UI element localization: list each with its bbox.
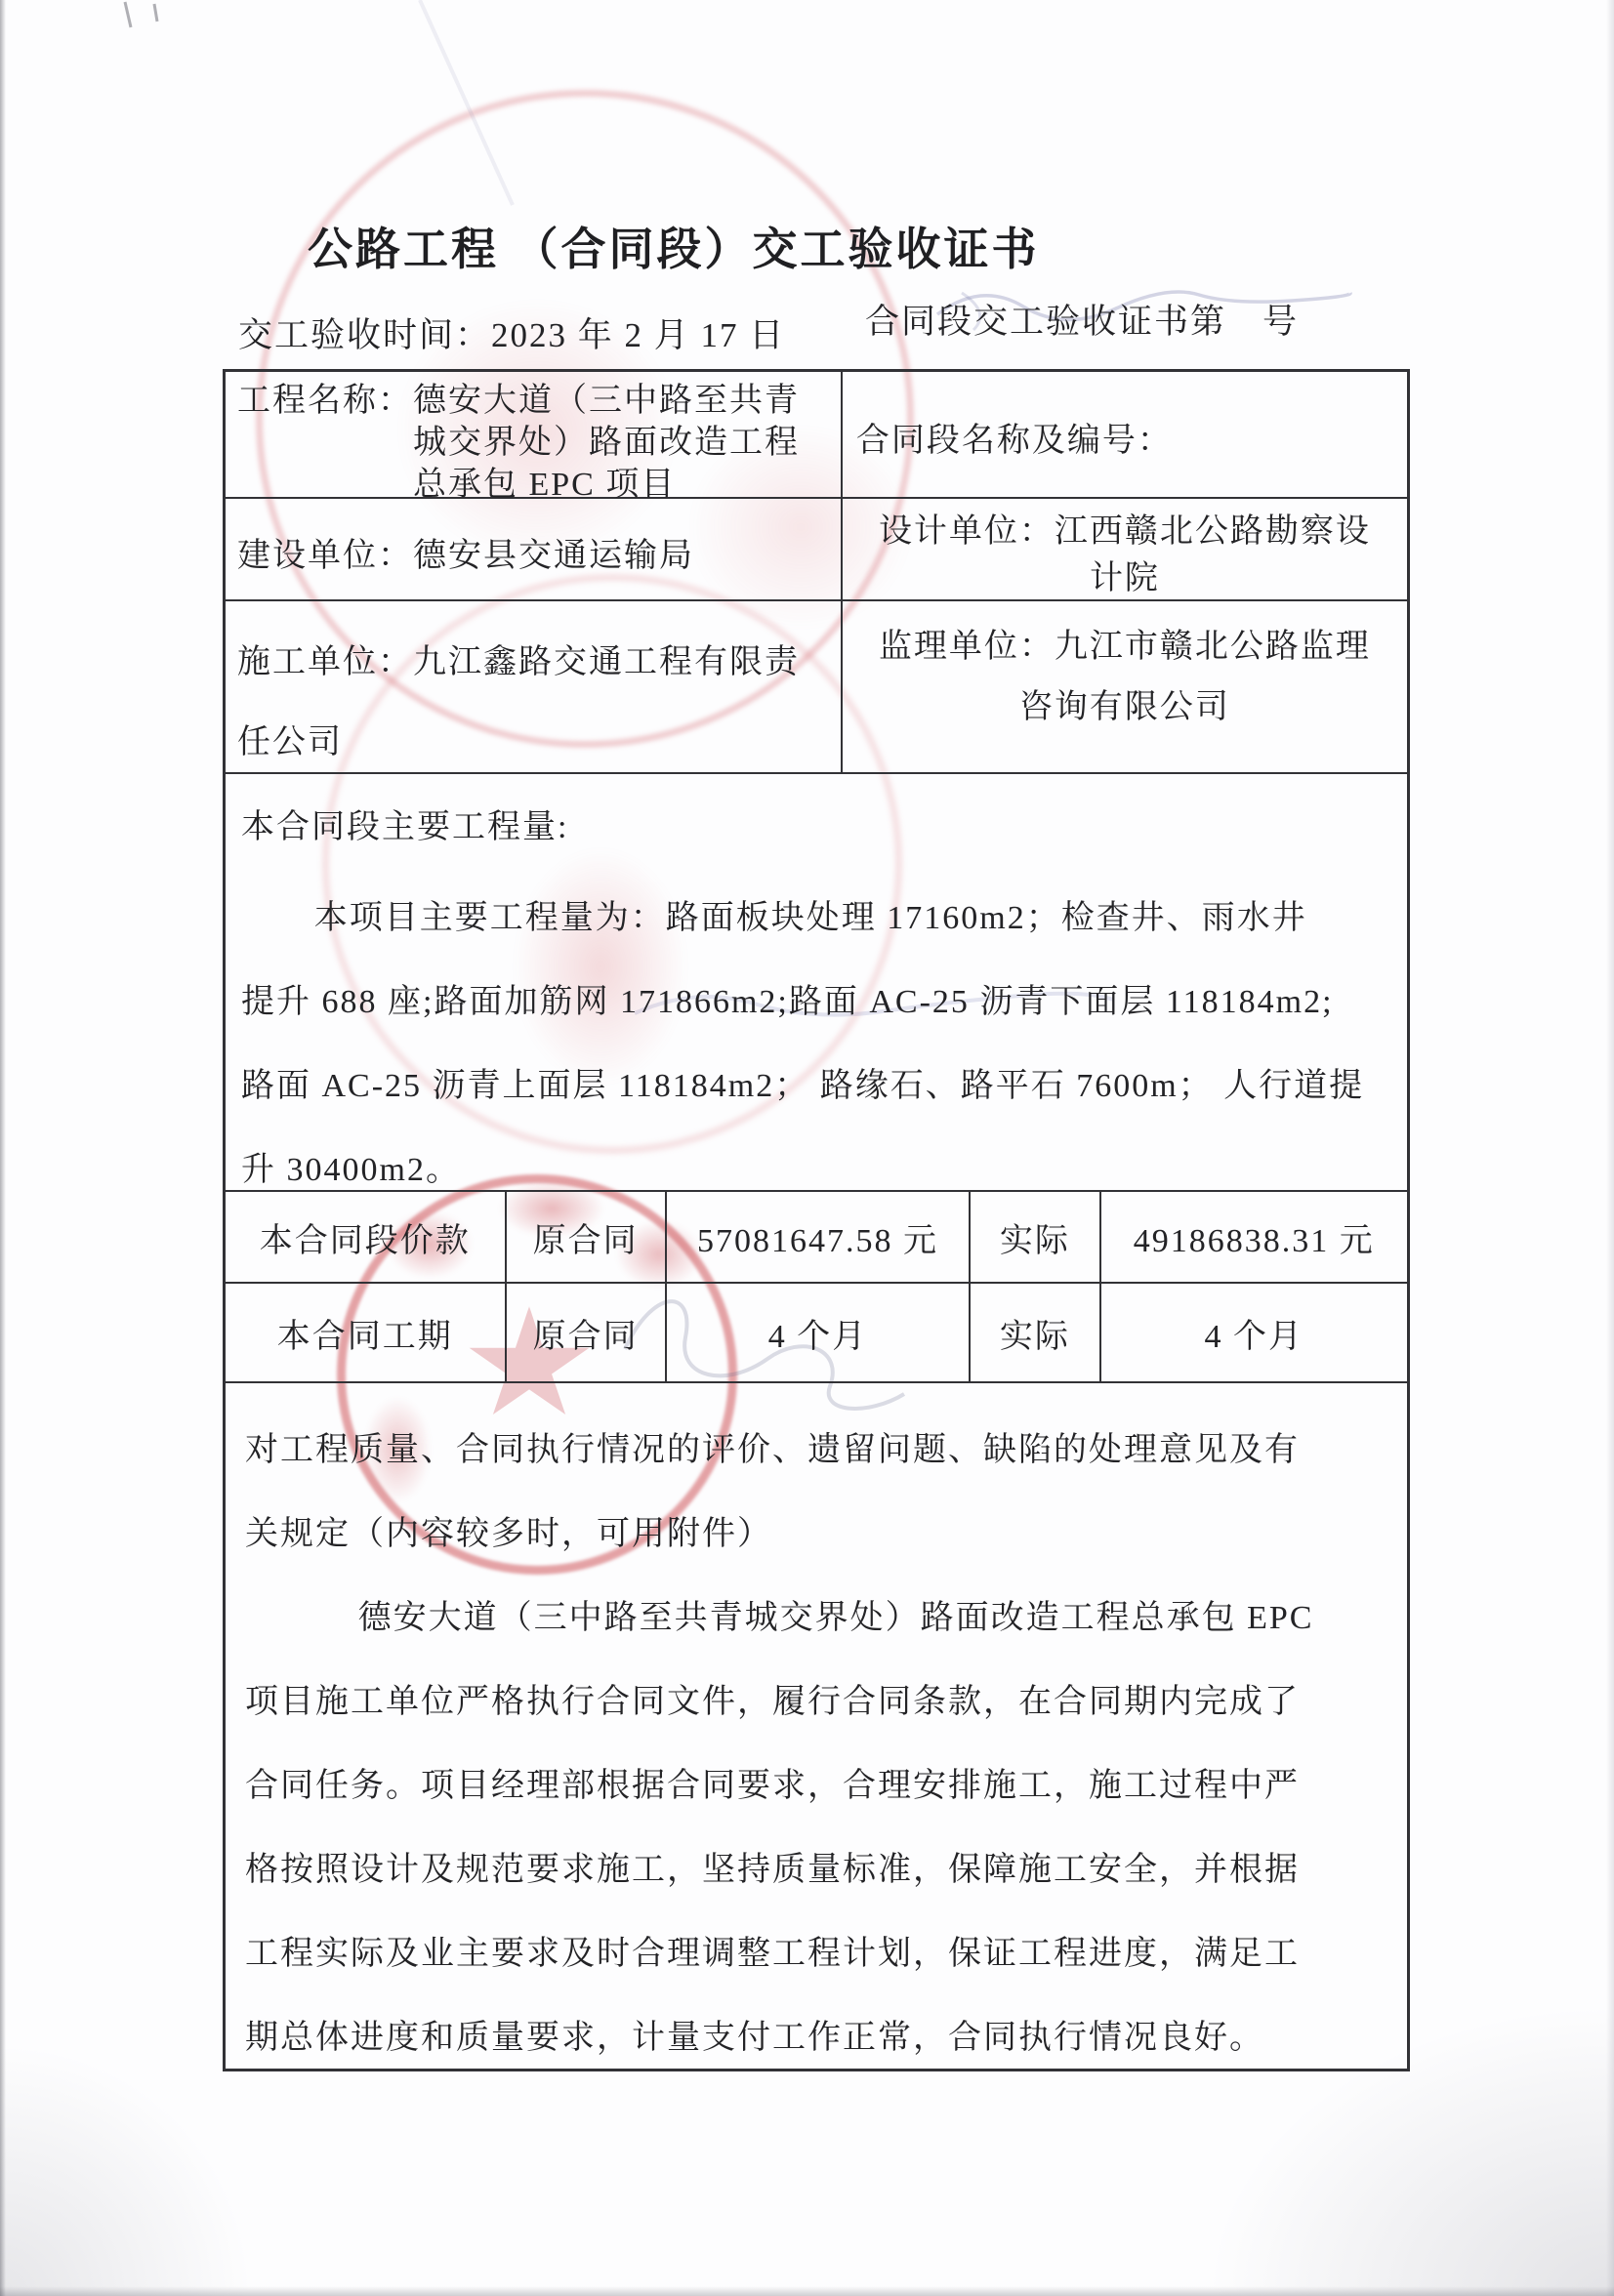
price-original-label: 原合同	[507, 1192, 667, 1282]
price-actual-value: 49186838.31 元	[1101, 1192, 1407, 1282]
table-row-evaluation: 对工程质量、合同执行情况的评价、遗留问题、缺陷的处理意见及有 关规定（内容较多时…	[226, 1383, 1407, 2069]
cell-project-name: 工程名称： 德安大道（三中路至共青 城交界处）路面改造工程 总承包 EPC 项目	[226, 372, 843, 497]
acceptance-time: 交工验收时间：2023 年 2 月 17 日	[238, 308, 785, 357]
cell-contract-section: 合同段名称及编号：	[843, 372, 1407, 497]
project-name-value: 德安大道（三中路至共青 城交界处）路面改造工程 总承包 EPC 项目	[413, 380, 800, 506]
price-actual-label: 实际	[971, 1192, 1100, 1282]
certificate-number: 合同段交工验收证书第 号	[865, 295, 1299, 344]
table-row-price: 本合同段价款 原合同 57081647.58 元 实际 49186838.31 …	[226, 1192, 1407, 1284]
certificate-table: 工程名称： 德安大道（三中路至共青 城交界处）路面改造工程 总承包 EPC 项目…	[223, 369, 1410, 2071]
cell-contractor: 施工单位：九江鑫路交通工程有限责 任公司	[226, 601, 843, 772]
owner-value: 建设单位：德安县交通运输局	[237, 538, 694, 574]
duration-actual-value: 4 个月	[1101, 1284, 1407, 1381]
quantities-body: 本项目主要工程量为：路面板块处理 17160m2；检查井、雨水井 提升 688 …	[241, 877, 1389, 1212]
cell-evaluation: 对工程质量、合同执行情况的评价、遗留问题、缺陷的处理意见及有 关规定（内容较多时…	[226, 1383, 1407, 2069]
table-row-contractor-supervisor: 施工单位：九江鑫路交通工程有限责 任公司 监理单位：九江市赣北公路监理 咨询有限…	[226, 601, 1407, 774]
evaluation-body: 德安大道（三中路至共青城交界处）路面改造工程总承包 EPC 项目施工单位严格执行…	[245, 1577, 1387, 2080]
cell-designer: 设计单位：江西赣北公路勘察设 计院	[843, 499, 1407, 599]
scanned-certificate-page: 公路工程 （合同段）交工验收证书 交工验收时间：2023 年 2 月 17 日 …	[0, 0, 1614, 2296]
duration-original-label: 原合同	[507, 1284, 667, 1381]
table-row-duration: 本合同工期 原合同 4 个月 实际 4 个月	[226, 1284, 1407, 1383]
scan-corner-shadow-left	[0, 2042, 254, 2296]
duration-original-value: 4 个月	[667, 1284, 971, 1381]
duration-row-label: 本合同工期	[226, 1284, 507, 1381]
evaluation-heading: 对工程质量、合同执行情况的评价、遗留问题、缺陷的处理意见及有 关规定（内容较多时…	[245, 1409, 1387, 1577]
table-row-quantities: 本合同段主要工程量: 本项目主要工程量为：路面板块处理 17160m2；检查井、…	[226, 774, 1407, 1192]
project-name-label: 工程名称：	[237, 380, 413, 422]
scan-edge-left	[0, 0, 6, 2296]
contract-section-label: 合同段名称及编号：	[856, 423, 1173, 459]
price-original-value: 57081647.58 元	[667, 1192, 971, 1282]
duration-actual-label: 实际	[971, 1284, 1100, 1381]
cell-owner: 建设单位：德安县交通运输局	[226, 499, 843, 599]
table-row-owner-designer: 建设单位：德安县交通运输局 设计单位：江西赣北公路勘察设 计院	[226, 499, 1407, 601]
table-row-project: 工程名称： 德安大道（三中路至共青 城交界处）路面改造工程 总承包 EPC 项目…	[226, 372, 1407, 499]
cell-supervisor: 监理单位：九江市赣北公路监理 咨询有限公司	[843, 601, 1407, 772]
scan-edge-right	[1606, 0, 1614, 2296]
page-title: 公路工程 （合同段）交工验收证书	[308, 214, 1040, 278]
price-row-label: 本合同段价款	[226, 1192, 507, 1282]
quantities-heading: 本合同段主要工程量:	[241, 799, 1389, 847]
cell-quantities: 本合同段主要工程量: 本项目主要工程量为：路面板块处理 17160m2；检查井、…	[226, 774, 1407, 1190]
